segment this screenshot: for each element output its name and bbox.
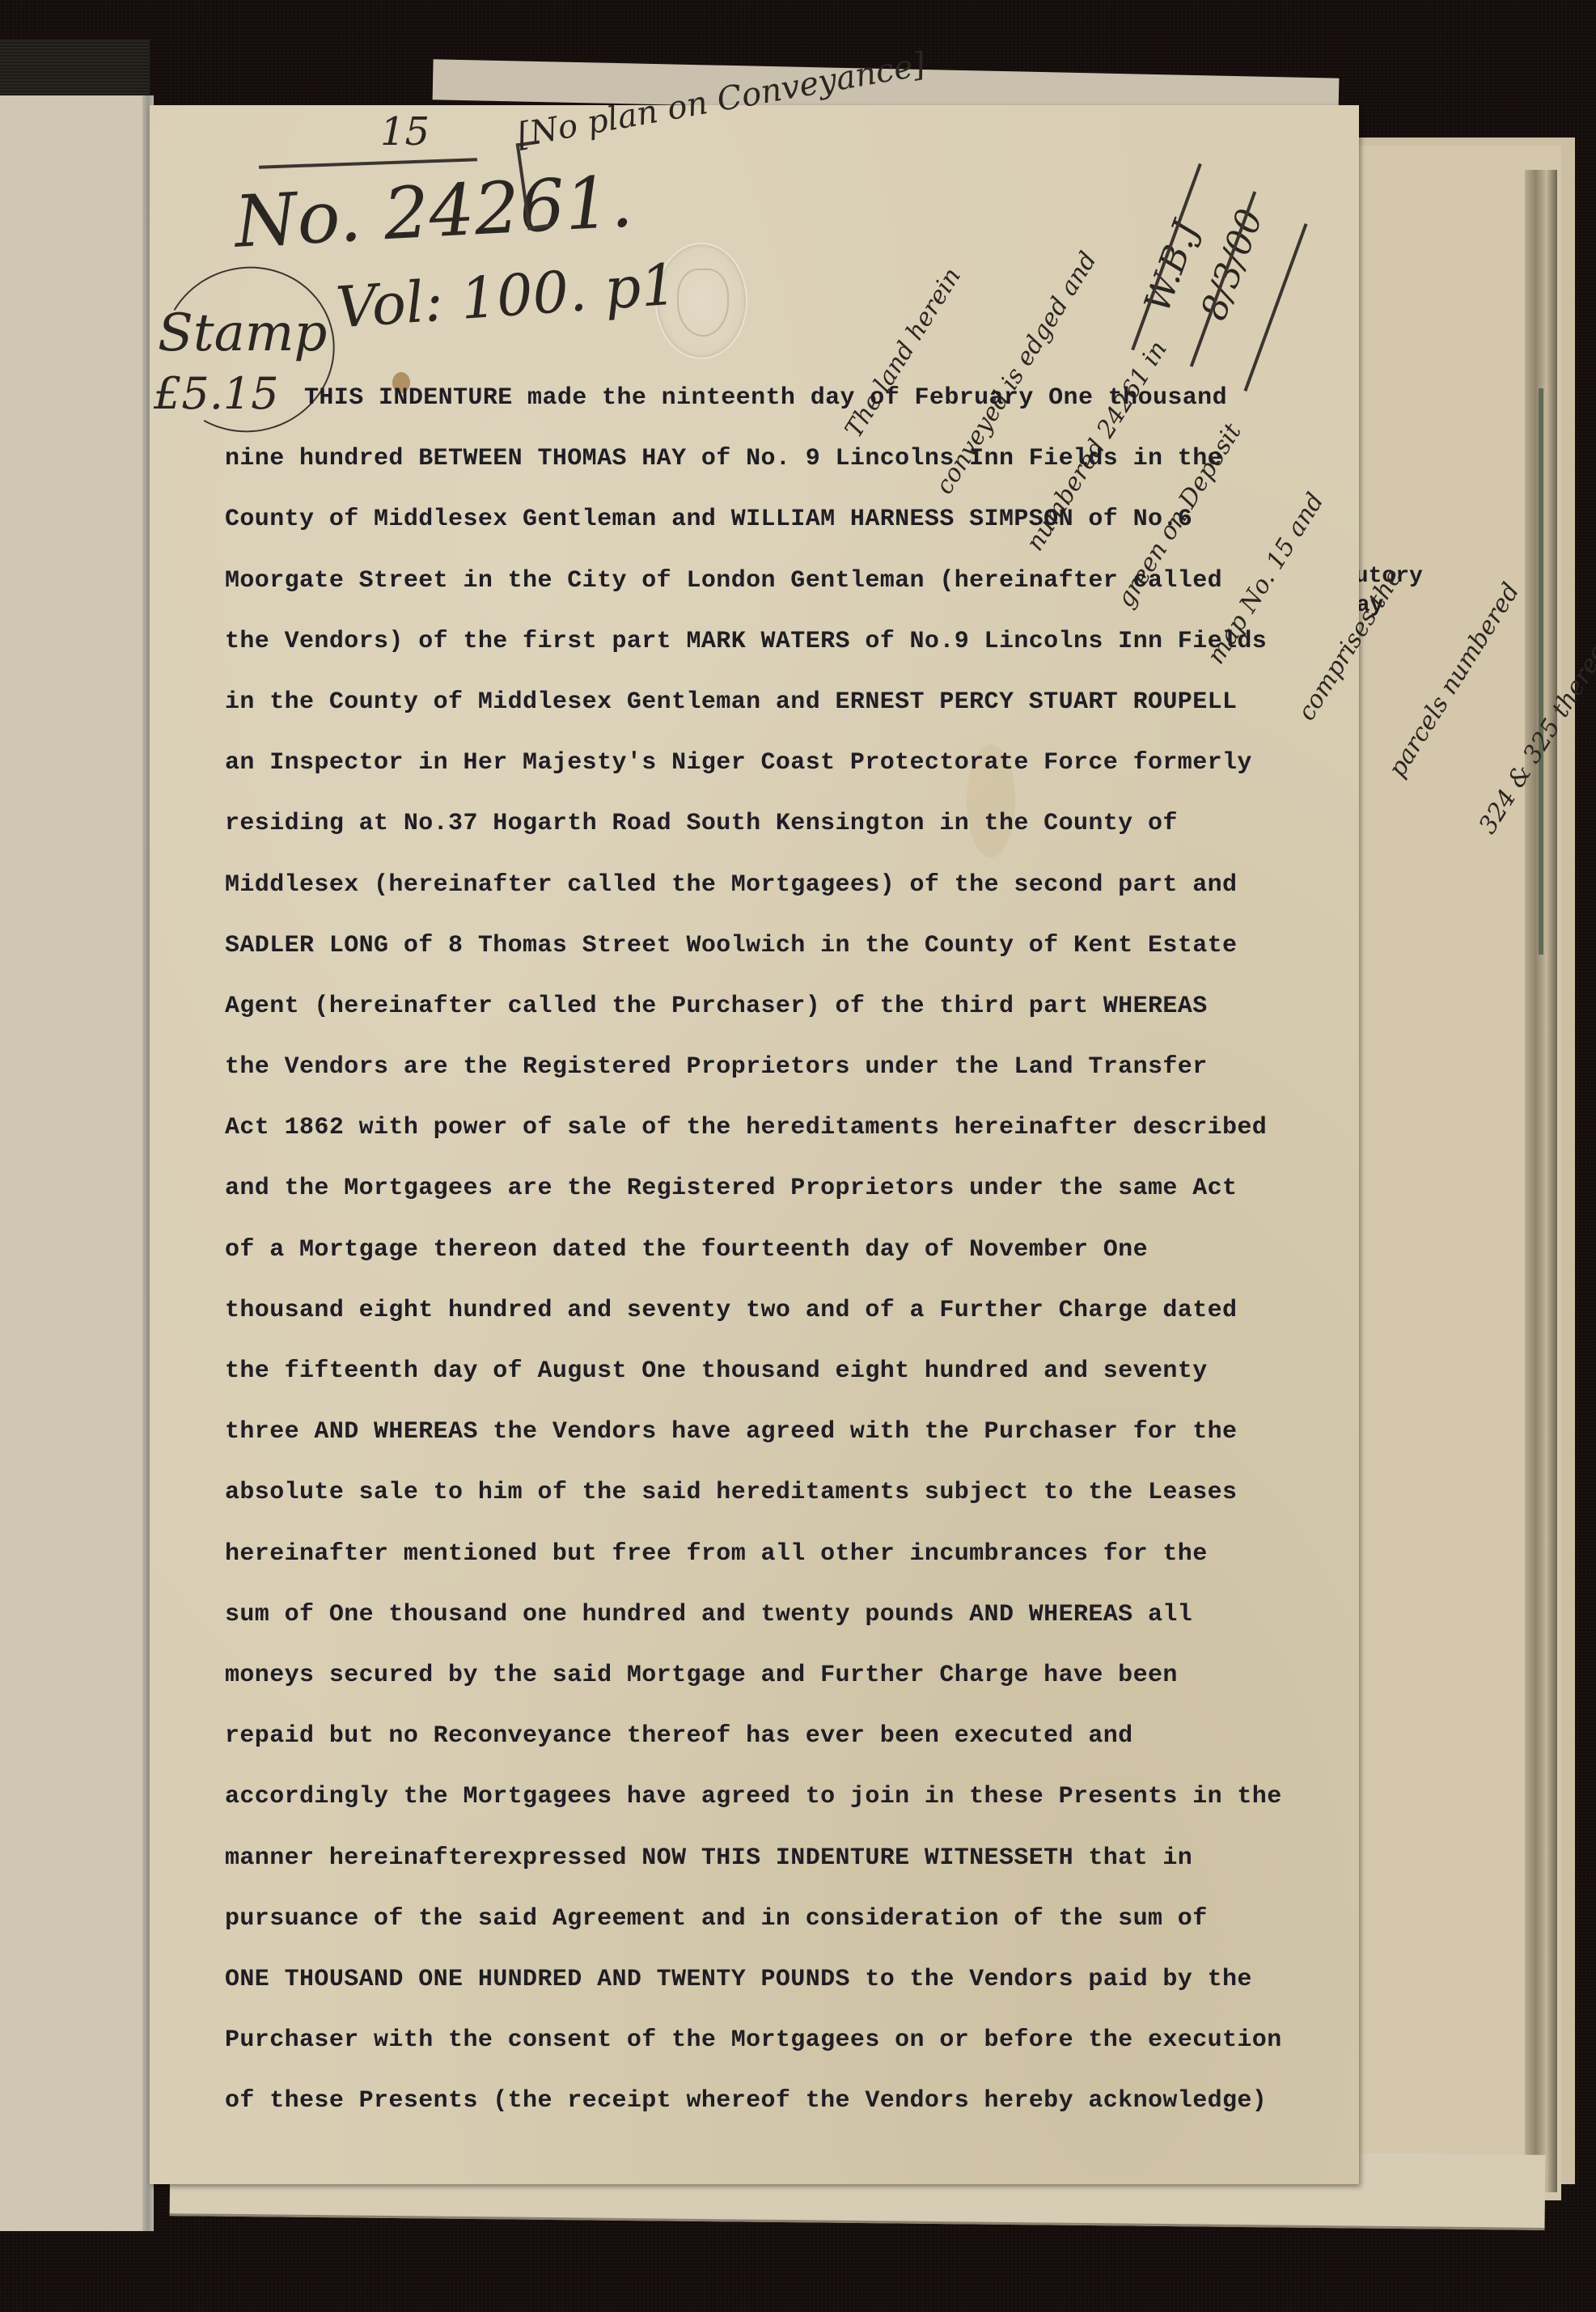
cloth-binding-strip: [0, 39, 150, 97]
text-line: thousand eight hundred and seventy two a…: [225, 1281, 1374, 1341]
text-line: Purchaser with the consent of the Mortga…: [225, 2010, 1374, 2071]
seal-crest: [677, 269, 729, 337]
text-line: manner hereinafterexpressed NOW THIS IND…: [225, 1828, 1374, 1889]
text-line: of a Mortgage thereon dated the fourteen…: [225, 1220, 1374, 1281]
handwritten-fraction-number: 15: [380, 109, 430, 155]
text-line: accordingly the Mortgagees have agreed t…: [225, 1767, 1374, 1827]
text-line: the Vendors) of the first part MARK WATE…: [225, 612, 1374, 672]
text-line: Moorgate Street in the City of London Ge…: [225, 551, 1374, 612]
text-line: pursuance of the said Agreement and in c…: [225, 1889, 1374, 1950]
text-line: nine hundred BETWEEN THOMAS HAY of No. 9…: [225, 429, 1374, 489]
text-line: SADLER LONG of 8 Thomas Street Woolwich …: [225, 916, 1374, 976]
text-line: the fifteenth day of August One thousand…: [225, 1341, 1374, 1402]
text-line: in the County of Middlesex Gentleman and…: [225, 672, 1374, 733]
text-line: Act 1862 with power of sale of the hered…: [225, 1098, 1374, 1158]
text-line: residing at No.37 Hogarth Road South Ken…: [225, 794, 1374, 854]
text-line: an Inspector in Her Majesty's Niger Coas…: [225, 733, 1374, 794]
text-line: the Vendors are the Registered Proprieto…: [225, 1037, 1374, 1098]
text-line: sum of One thousand one hundred and twen…: [225, 1585, 1374, 1645]
text-line: THIS INDENTURE made the ninteenth day of…: [225, 368, 1374, 429]
text-line: of these Presents (the receipt whereof t…: [225, 2071, 1374, 2132]
left-facing-page: [0, 95, 150, 2231]
indenture-body-text: THIS INDENTURE made the ninteenth day of…: [225, 368, 1374, 2132]
text-line: three AND WHEREAS the Vendors have agree…: [225, 1402, 1374, 1463]
text-line: absolute sale to him of the said heredit…: [225, 1463, 1374, 1523]
text-line: moneys secured by the said Mortgage and …: [225, 1645, 1374, 1706]
text-line: County of Middlesex Gentleman and WILLIA…: [225, 489, 1374, 550]
stamp-label: Stamp: [158, 303, 327, 363]
text-line: repaid but no Reconveyance thereof has e…: [225, 1706, 1374, 1767]
text-line: Agent (hereinafter called the Purchaser)…: [225, 976, 1374, 1037]
text-line: Middlesex (hereinafter called the Mortga…: [225, 855, 1374, 916]
text-line: ONE THOUSAND ONE HUNDRED AND TWENTY POUN…: [225, 1950, 1374, 2010]
text-line: hereinafter mentioned but free from all …: [225, 1524, 1374, 1585]
text-line: and the Mortgagees are the Registered Pr…: [225, 1158, 1374, 1219]
